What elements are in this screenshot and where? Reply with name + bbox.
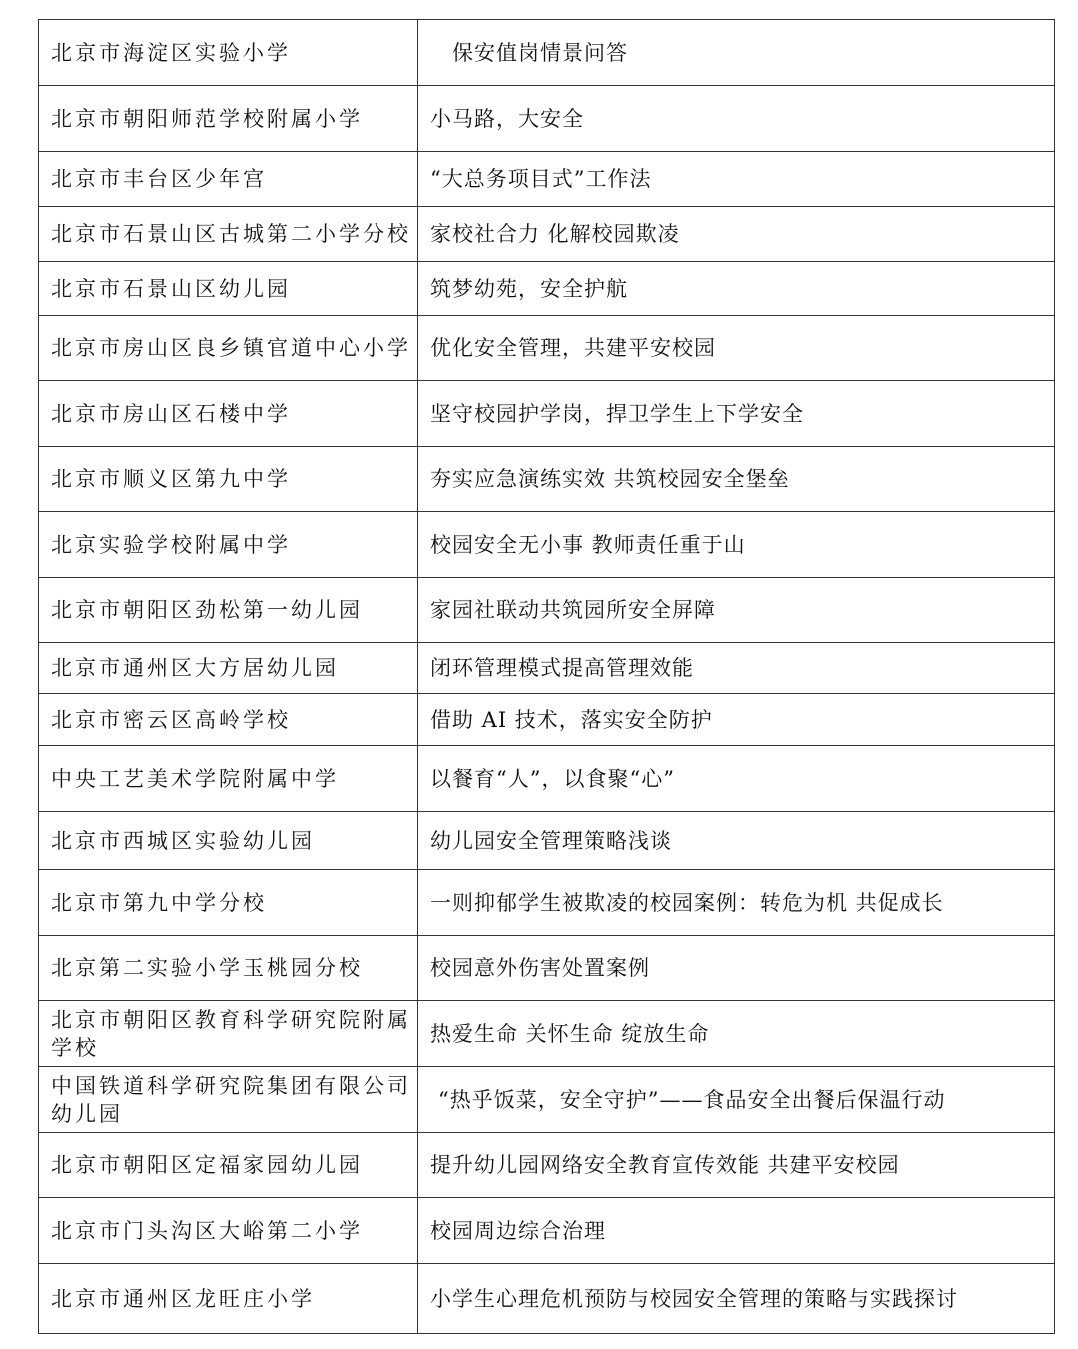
case-topic-cell: 坚守校园护学岗，捍卫学生上下学安全 xyxy=(418,381,1055,447)
table-row: 北京市石景山区古城第二小学分校家校社合力 化解校园欺凌 xyxy=(39,207,1055,262)
school-name-cell: 北京市丰台区少年宫 xyxy=(39,152,418,207)
school-name-cell: 北京市通州区大方居幼儿园 xyxy=(39,643,418,694)
table-row: 北京市朝阳师范学校附属小学小马路，大安全 xyxy=(39,86,1055,152)
table-row: 北京市朝阳区定福家园幼儿园提升幼儿园网络安全教育宣传效能 共建平安校园 xyxy=(39,1133,1055,1198)
table-row: 北京第二实验小学玉桃园分校校园意外伤害处置案例 xyxy=(39,936,1055,1001)
school-name-cell: 北京市门头沟区大峪第二小学 xyxy=(39,1198,418,1264)
table-row: 北京市房山区良乡镇官道中心小学优化安全管理，共建平安校园 xyxy=(39,316,1055,381)
school-name-cell: 北京市房山区良乡镇官道中心小学 xyxy=(39,316,418,381)
table-row: 北京市海淀区实验小学保安值岗情景问答 xyxy=(39,20,1055,86)
school-name-cell: 北京市朝阳师范学校附属小学 xyxy=(39,86,418,152)
case-topic-cell: 小马路，大安全 xyxy=(418,86,1055,152)
school-name-cell: 北京市第九中学分校 xyxy=(39,870,418,936)
case-topic-cell: 热爱生命 关怀生命 绽放生命 xyxy=(418,1001,1055,1067)
case-topic-cell: 优化安全管理，共建平安校园 xyxy=(418,316,1055,381)
school-topic-table: 北京市海淀区实验小学保安值岗情景问答北京市朝阳师范学校附属小学小马路，大安全北京… xyxy=(38,19,1055,1334)
table-row: 中国铁道科学研究院集团有限公司幼儿园“热乎饭菜，安全守护”——食品安全出餐后保温… xyxy=(39,1067,1055,1133)
case-topic-cell: 校园周边综合治理 xyxy=(418,1198,1055,1264)
case-topic-cell: 小学生心理危机预防与校园安全管理的策略与实践探讨 xyxy=(418,1264,1055,1334)
school-name-cell: 中国铁道科学研究院集团有限公司幼儿园 xyxy=(39,1067,418,1133)
table-row: 北京市门头沟区大峪第二小学校园周边综合治理 xyxy=(39,1198,1055,1264)
case-topic-cell: “大总务项目式”工作法 xyxy=(418,152,1055,207)
table-row: 北京市石景山区幼儿园筑梦幼苑，安全护航 xyxy=(39,262,1055,316)
case-topic-cell: 以餐育“人”，以食聚“心” xyxy=(418,746,1055,812)
school-name-cell: 北京市石景山区古城第二小学分校 xyxy=(39,207,418,262)
case-topic-cell: 提升幼儿园网络安全教育宣传效能 共建平安校园 xyxy=(418,1133,1055,1198)
school-name-cell: 北京市海淀区实验小学 xyxy=(39,20,418,86)
case-topic-cell: 闭环管理模式提高管理效能 xyxy=(418,643,1055,694)
case-topic-cell: 幼儿园安全管理策略浅谈 xyxy=(418,812,1055,870)
school-name-cell: 北京市房山区石楼中学 xyxy=(39,381,418,447)
case-topic-cell: “热乎饭菜，安全守护”——食品安全出餐后保温行动 xyxy=(418,1067,1055,1133)
table-row: 北京市第九中学分校一则抑郁学生被欺凌的校园案例：转危为机 共促成长 xyxy=(39,870,1055,936)
table-row: 北京市密云区高岭学校借助 AI 技术，落实安全防护 xyxy=(39,694,1055,746)
school-name-cell: 北京市朝阳区教育科学研究院附属学校 xyxy=(39,1001,418,1067)
school-name-cell: 北京市密云区高岭学校 xyxy=(39,694,418,746)
case-topic-cell: 校园安全无小事 教师责任重于山 xyxy=(418,512,1055,578)
table-row: 北京市顺义区第九中学夯实应急演练实效 共筑校园安全堡垒 xyxy=(39,447,1055,512)
table-row: 北京实验学校附属中学校园安全无小事 教师责任重于山 xyxy=(39,512,1055,578)
table-row: 北京市西城区实验幼儿园幼儿园安全管理策略浅谈 xyxy=(39,812,1055,870)
table-row: 北京市通州区龙旺庄小学小学生心理危机预防与校园安全管理的策略与实践探讨 xyxy=(39,1264,1055,1334)
school-name-cell: 北京市朝阳区定福家园幼儿园 xyxy=(39,1133,418,1198)
table-row: 北京市朝阳区教育科学研究院附属学校热爱生命 关怀生命 绽放生命 xyxy=(39,1001,1055,1067)
school-name-cell: 北京市石景山区幼儿园 xyxy=(39,262,418,316)
case-topic-cell: 家园社联动共筑园所安全屏障 xyxy=(418,578,1055,643)
school-name-cell: 北京市朝阳区劲松第一幼儿园 xyxy=(39,578,418,643)
case-topic-cell: 一则抑郁学生被欺凌的校园案例：转危为机 共促成长 xyxy=(418,870,1055,936)
case-topic-cell: 借助 AI 技术，落实安全防护 xyxy=(418,694,1055,746)
table-row: 北京市丰台区少年宫“大总务项目式”工作法 xyxy=(39,152,1055,207)
table-row: 北京市通州区大方居幼儿园闭环管理模式提高管理效能 xyxy=(39,643,1055,694)
case-topic-cell: 筑梦幼苑，安全护航 xyxy=(418,262,1055,316)
school-name-cell: 北京第二实验小学玉桃园分校 xyxy=(39,936,418,1001)
case-topic-cell: 夯实应急演练实效 共筑校园安全堡垒 xyxy=(418,447,1055,512)
table-row: 中央工艺美术学院附属中学以餐育“人”，以食聚“心” xyxy=(39,746,1055,812)
school-name-cell: 中央工艺美术学院附属中学 xyxy=(39,746,418,812)
school-name-cell: 北京实验学校附属中学 xyxy=(39,512,418,578)
school-name-cell: 北京市西城区实验幼儿园 xyxy=(39,812,418,870)
case-topic-cell: 校园意外伤害处置案例 xyxy=(418,936,1055,1001)
school-name-cell: 北京市顺义区第九中学 xyxy=(39,447,418,512)
case-topic-cell: 家校社合力 化解校园欺凌 xyxy=(418,207,1055,262)
school-name-cell: 北京市通州区龙旺庄小学 xyxy=(39,1264,418,1334)
table-row: 北京市朝阳区劲松第一幼儿园家园社联动共筑园所安全屏障 xyxy=(39,578,1055,643)
table-row: 北京市房山区石楼中学坚守校园护学岗，捍卫学生上下学安全 xyxy=(39,381,1055,447)
case-topic-cell: 保安值岗情景问答 xyxy=(418,20,1055,86)
